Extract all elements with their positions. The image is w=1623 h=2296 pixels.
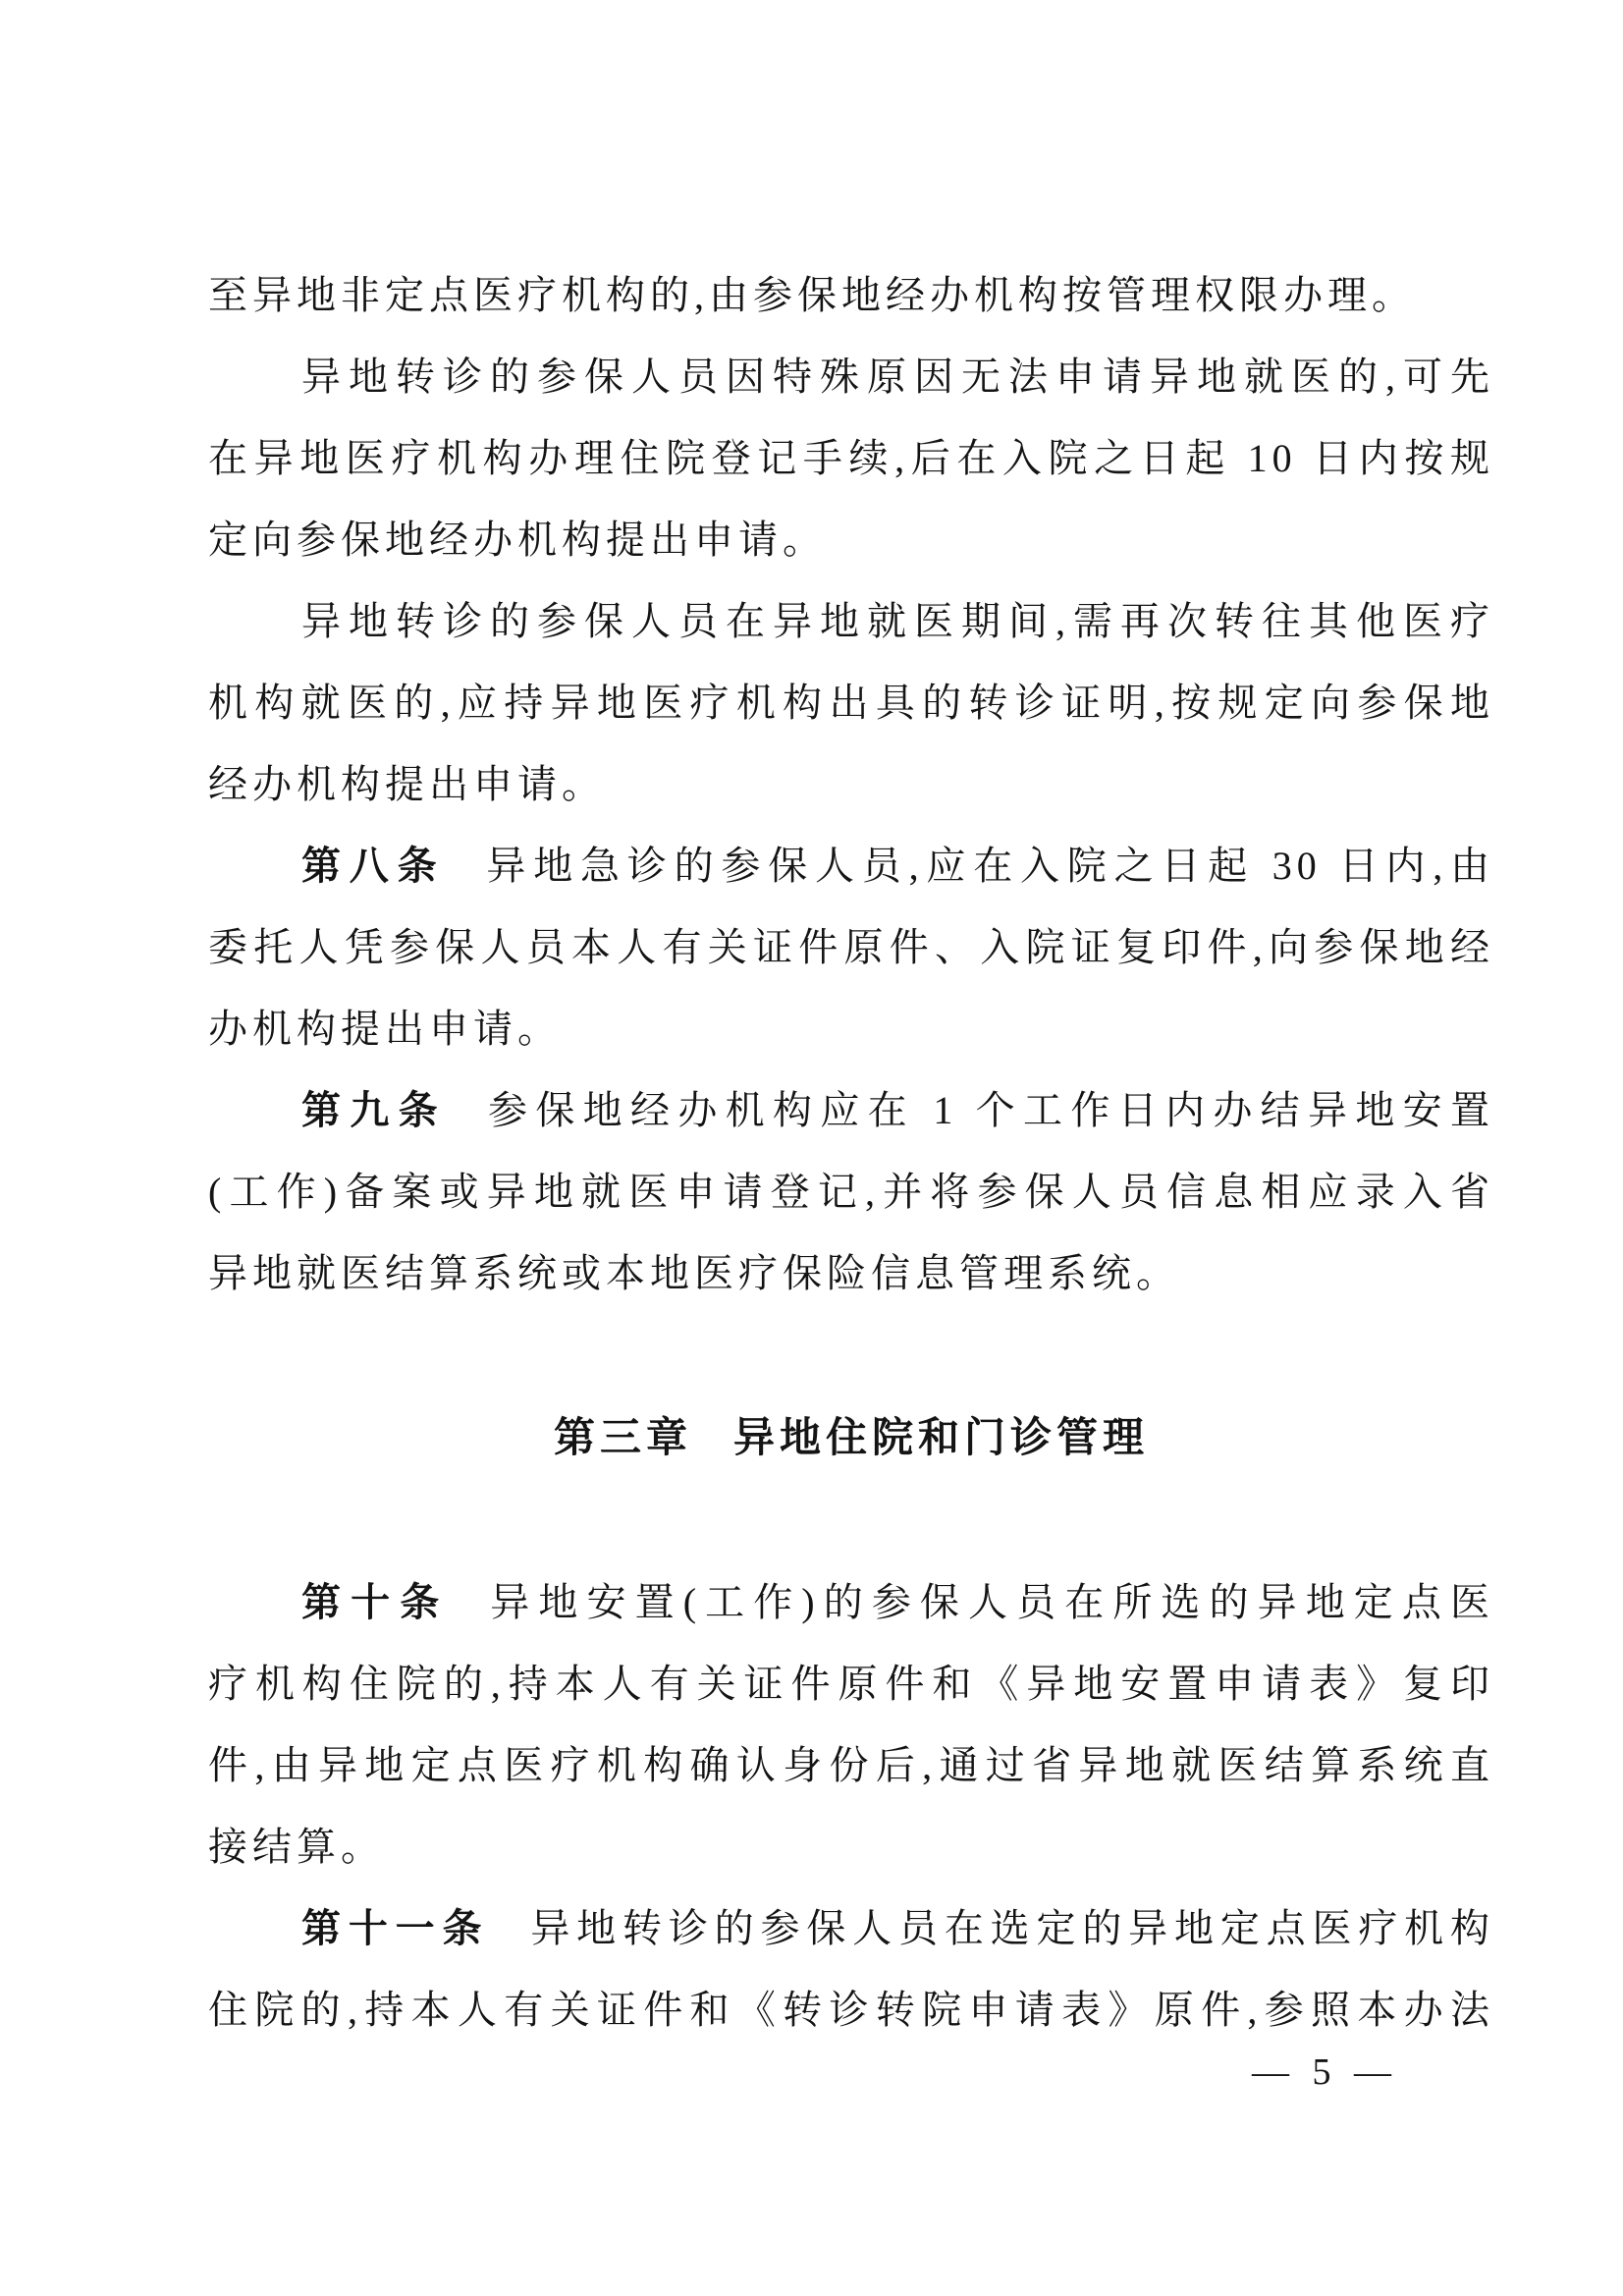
line-text: 参保地经办机构应在 1 个工作日内办结异地安置 [488, 1088, 1494, 1132]
document-page: 至异地非定点医疗机构的,由参保地经办机构按管理权限办理。 异地转诊的参保人员因特… [0, 0, 1623, 2296]
text-line: 异地转诊的参保人员在异地就医期间,需再次转往其他医疗 [208, 580, 1494, 662]
line-text: 定向参保地经办机构提出申请。 [208, 518, 827, 562]
line-text: 在异地医疗机构办理住院登记手续,后在入院之日起 10 日内按规 [208, 436, 1494, 480]
line-text: 异地转诊的参保人员在异地就医期间,需再次转往其他医疗 [301, 599, 1494, 643]
article-number: 第十条 [301, 1581, 449, 1624]
line-text: (工作)备案或异地就医申请登记,并将参保人员信息相应录入省 [208, 1170, 1494, 1214]
line-text: 住院的,持本人有关证件和《转诊转院申请表》原件,参照本办法 [208, 1988, 1494, 2032]
line-text: 件,由异地定点医疗机构确认身份后,通过省异地就医结算系统直 [208, 1743, 1494, 1787]
line-text: 疗机构住院的,持本人有关证件原件和《异地安置申请表》复印 [208, 1662, 1494, 1706]
line-text: 委托人凭参保人员本人有关证件原件、入院证复印件,向参保地经 [208, 925, 1494, 969]
line-text: 机构就医的,应持异地医疗机构出具的转诊证明,按规定向参保地 [208, 681, 1494, 725]
chapter-heading: 第三章异地住院和门诊管理 [208, 1396, 1494, 1478]
text-line: 第十条异地安置(工作)的参保人员在所选的异地定点医 [208, 1561, 1494, 1643]
text-line: 接结算。 [208, 1806, 1494, 1887]
text-line: 办机构提出申请。 [208, 988, 1494, 1069]
line-text: 异地急诊的参保人员,应在入院之日起 30 日内,由 [486, 844, 1494, 888]
text-line: 第九条参保地经办机构应在 1 个工作日内办结异地安置 [208, 1069, 1494, 1151]
line-text: 异地就医结算系统或本地医疗保险信息管理系统。 [208, 1251, 1180, 1295]
text-line: 疗机构住院的,持本人有关证件原件和《异地安置申请表》复印 [208, 1643, 1494, 1724]
text-line: 至异地非定点医疗机构的,由参保地经办机构按管理权限办理。 [208, 254, 1494, 336]
line-text: 办机构提出申请。 [208, 1007, 562, 1051]
text-line: 委托人凭参保人员本人有关证件原件、入院证复印件,向参保地经 [208, 906, 1494, 988]
text-line: 件,由异地定点医疗机构确认身份后,通过省异地就医结算系统直 [208, 1724, 1494, 1806]
line-text: 经办机构提出申请。 [208, 762, 606, 806]
chapter-number: 第三章 [554, 1414, 692, 1460]
text-line: 机构就医的,应持异地医疗机构出具的转诊证明,按规定向参保地 [208, 662, 1494, 743]
text-line: 在异地医疗机构办理住院登记手续,后在入院之日起 10 日内按规 [208, 417, 1494, 499]
text-line: 异地转诊的参保人员因特殊原因无法申请异地就医的,可先 [208, 336, 1494, 417]
text-line: 异地就医结算系统或本地医疗保险信息管理系统。 [208, 1232, 1494, 1314]
page-number: — 5 — [1252, 2052, 1394, 2092]
line-text: 异地转诊的参保人员在选定的异地定点医疗机构 [530, 1906, 1494, 1950]
line-text: 异地安置(工作)的参保人员在所选的异地定点医 [490, 1580, 1494, 1624]
text-line: 第八条异地急诊的参保人员,应在入院之日起 30 日内,由 [208, 825, 1494, 906]
article-number: 第九条 [301, 1089, 447, 1132]
article-number: 第十一条 [301, 1907, 489, 1950]
chapter-title: 异地住院和门诊管理 [733, 1414, 1149, 1460]
text-line: 住院的,持本人有关证件和《转诊转院申请表》原件,参照本办法 [208, 1969, 1494, 2050]
text-line: 第十一条异地转诊的参保人员在选定的异地定点医疗机构 [208, 1887, 1494, 1969]
line-text: 接结算。 [208, 1825, 385, 1869]
text-line: 定向参保地经办机构提出申请。 [208, 499, 1494, 580]
text-line: 经办机构提出申请。 [208, 743, 1494, 825]
article-number: 第八条 [301, 845, 445, 888]
text-line: (工作)备案或异地就医申请登记,并将参保人员信息相应录入省 [208, 1151, 1494, 1232]
body-text: 至异地非定点医疗机构的,由参保地经办机构按管理权限办理。 异地转诊的参保人员因特… [208, 254, 1494, 2050]
line-text: 至异地非定点医疗机构的,由参保地经办机构按管理权限办理。 [208, 273, 1416, 317]
line-text: 异地转诊的参保人员因特殊原因无法申请异地就医的,可先 [301, 355, 1494, 399]
